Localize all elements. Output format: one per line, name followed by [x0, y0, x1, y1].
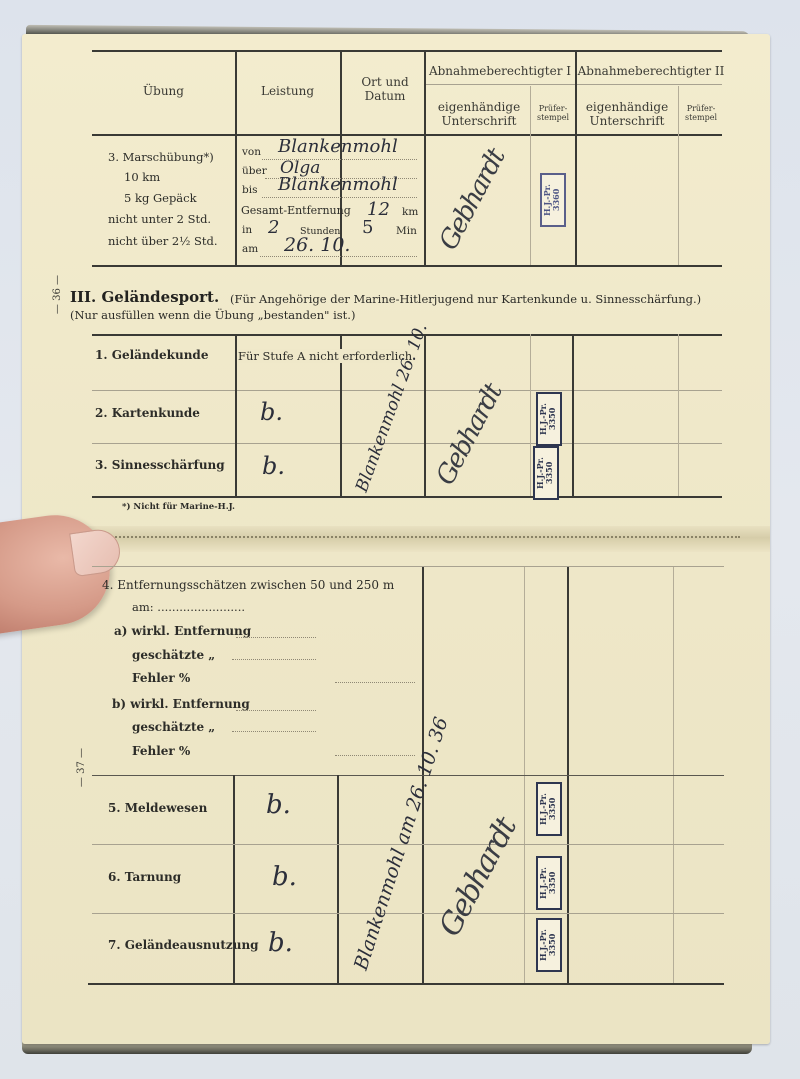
a-error-label: Fehler % [132, 671, 190, 685]
distance-unit: km [402, 206, 418, 218]
header-bottom-rule [92, 134, 722, 136]
performance-sinnesschaerfung: b. [262, 452, 285, 480]
in-label: in [242, 224, 252, 236]
date-label: am [242, 243, 258, 255]
table-bottom-rule [92, 265, 722, 267]
col-divider [678, 86, 679, 265]
bis-value: Blankenmohl [278, 174, 398, 195]
a-estimated-label: geschätzte „ [132, 648, 215, 662]
distance-label: Gesamt-Entfernung [241, 204, 351, 217]
performance-tarnung: b. [272, 862, 297, 892]
col-divider [575, 50, 577, 265]
minutes-label: Min [396, 225, 417, 237]
dotted-line [236, 637, 316, 638]
col-divider [424, 50, 426, 265]
col-divider [572, 334, 574, 496]
examiner-stamp: H.J.-Pr. 3360 [540, 173, 566, 227]
table-bottom-rule [88, 983, 724, 985]
von-label: von [242, 146, 261, 158]
col-divider [337, 775, 339, 983]
ueber-label: über [242, 165, 267, 177]
col-divider [530, 334, 531, 496]
footnote: *) Nicht für Marine-H.J. [122, 502, 235, 512]
performance-kartenkunde: b. [260, 398, 283, 426]
hours-value: 2 [268, 217, 279, 238]
row-label-gelaendekunde: 1. Geländekunde [95, 348, 208, 362]
header-signature-2: eigenhändige Unterschrift [580, 100, 674, 128]
date-value: 26. 10. [284, 234, 350, 256]
row-label-sinnesschaerfung: 3. Sinnesschärfung [95, 458, 225, 472]
page-number-37: — 37 — [76, 748, 87, 787]
row-label-gelaendeausnutzung: 7. Geländeausnutzung [108, 938, 259, 952]
dotted-line [236, 710, 316, 711]
table-top-rule [92, 50, 722, 52]
row-rule [92, 443, 722, 444]
header-exercise: Übung [92, 84, 235, 98]
dotted-line [232, 659, 316, 660]
page-gutter [22, 526, 770, 552]
dotted-line [335, 755, 415, 756]
header-performance: Leistung [235, 84, 340, 98]
row-rule [92, 566, 724, 567]
row-rule [92, 775, 724, 776]
performance-gelaendeausnutzung: b. [268, 928, 293, 958]
section-note-1: (Für Angehörige der Marine-Hitlerjugend … [230, 292, 701, 306]
col-divider [678, 334, 679, 496]
header-signature-1: eigenhändige Unterschrift [432, 100, 526, 128]
march-pack: 5 kg Gepäck [124, 191, 197, 205]
b-actual-distance-label: b) wirkl. Entfernung [112, 697, 250, 711]
table-bottom-rule [92, 496, 722, 498]
dotted-line [262, 197, 417, 198]
section-note-2: (Nur ausfüllen wenn die Übung „bestanden… [70, 308, 355, 322]
march-label: 3. Marschübung*) [108, 150, 214, 164]
stamp-gelaendeausnutzung: H.J.-Pr. 3350 [536, 918, 562, 972]
header-stamp-1: Prüfer-stempel [532, 104, 574, 122]
col-divider [530, 86, 531, 265]
am-label: am: ........................ [132, 600, 245, 614]
col-divider [235, 50, 237, 265]
march-distance: 10 km [124, 170, 160, 184]
b-error-label: Fehler % [132, 744, 190, 758]
march-max-time: nicht über 2½ Std. [108, 234, 218, 248]
col-divider [424, 334, 426, 496]
performance-meldewesen: b. [266, 790, 291, 820]
stamp-tarnung: H.J.-Pr. 3350 [536, 856, 562, 910]
a-actual-distance-label: a) wirkl. Entfernung [114, 624, 251, 638]
von-value: Blankenmohl [278, 136, 398, 157]
header-place-date: Ort und Datum [350, 75, 420, 103]
distance-estimation-title: 4. Entfernungsschätzen zwischen 50 und 2… [102, 578, 394, 592]
row-rule [92, 913, 724, 914]
march-min-time: nicht unter 2 Std. [108, 212, 211, 226]
minutes-value: 5 [362, 217, 373, 238]
row-label-kartenkunde: 2. Kartenkunde [95, 406, 200, 420]
binding-stitch [100, 536, 740, 538]
row-label-tarnung: 6. Tarnung [108, 870, 181, 884]
section-title: III. Geländesport. [70, 288, 219, 306]
header-stamp-2: Prüfer-stempel [680, 104, 722, 122]
header-examiner-2: Abnahmeberechtigter II [577, 64, 725, 78]
b-estimated-label: geschätzte „ [132, 720, 215, 734]
dotted-line [260, 256, 417, 257]
header-examiner-1: Abnahmeberechtigter I [426, 64, 574, 78]
dotted-line [335, 682, 415, 683]
stamp-sinnesschaerfung: H.J.-Pr. 3350 [533, 446, 559, 500]
stamp-meldewesen: H.J.-Pr. 3350 [536, 782, 562, 836]
not-required-note: Für Stufe A nicht erforderlich. [238, 349, 418, 363]
stamp-kartenkunde: H.J.-Pr. 3350 [536, 392, 562, 446]
page-number-36: — 36 — [52, 275, 63, 314]
row-label-meldewesen: 5. Meldewesen [108, 801, 207, 815]
col-divider [235, 334, 237, 496]
examiner-sub-rule [424, 84, 722, 85]
bis-label: bis [242, 184, 257, 196]
dotted-line [232, 731, 316, 732]
